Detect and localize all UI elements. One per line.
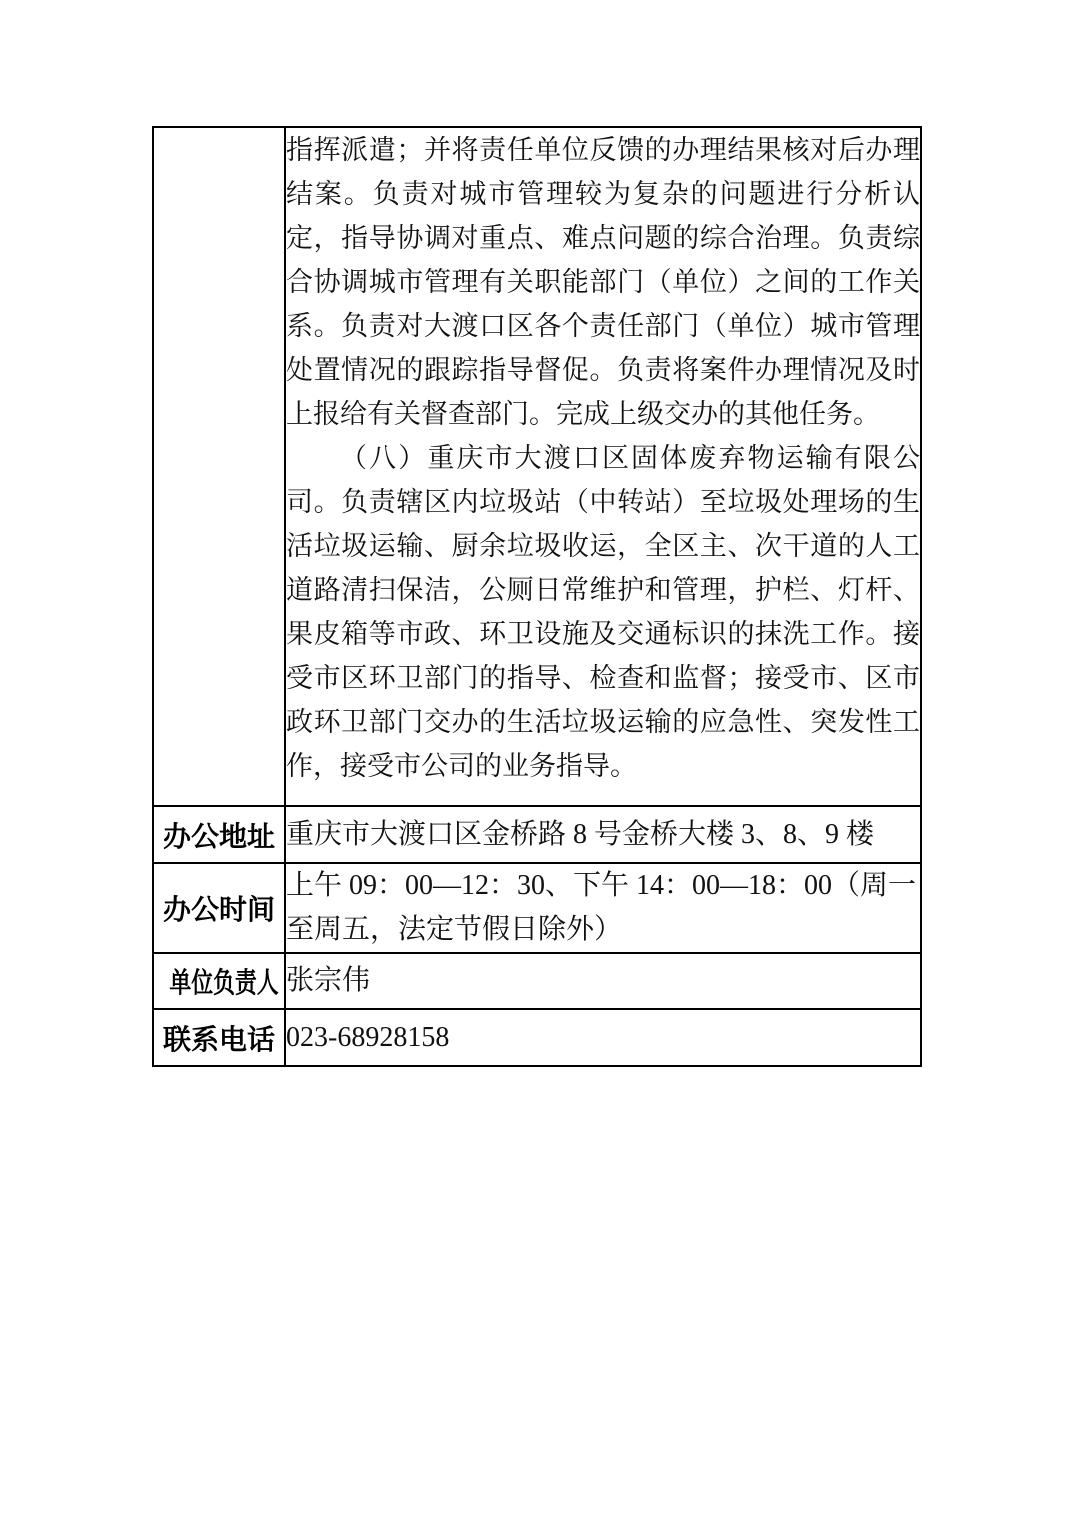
duties-paragraph-section-8: （八）重庆市大渡口区固体废弃物运输有限公司。负责辖区内垃圾站（中转站）至垃圾处理…	[286, 436, 920, 788]
office-address-value: 重庆市大渡口区金桥路 8 号金桥大楼 3、8、9 楼	[285, 806, 921, 863]
contact-phone-value: 023-68928158	[285, 1009, 921, 1066]
duties-paragraph-continuation: 指挥派遣；并将责任单位反馈的办理结果核对后办理结案。负责对城市管理较为复杂的问题…	[286, 128, 920, 436]
table-row-office-hours: 办公时间 上午 09：00—12：30、下午 14：00—18：00（周一至周五…	[153, 863, 921, 953]
office-hours-value: 上午 09：00—12：30、下午 14：00—18：00（周一至周五，法定节假…	[285, 863, 921, 953]
contact-phone-label: 联系电话	[153, 1009, 285, 1066]
office-hours-label: 办公时间	[153, 863, 285, 953]
main-row-empty-label-cell	[153, 127, 285, 806]
table-row-contact-phone: 联系电话 023-68928158	[153, 1009, 921, 1066]
table-row-office-address: 办公地址 重庆市大渡口区金桥路 8 号金桥大楼 3、8、9 楼	[153, 806, 921, 863]
office-hours-label-text: 办公时间	[163, 894, 275, 925]
main-text-cell: 指挥派遣；并将责任单位反馈的办理结果核对后办理结案。负责对城市管理较为复杂的问题…	[285, 127, 921, 806]
table-row-main-text: 指挥派遣；并将责任单位反馈的办理结果核对后办理结案。负责对城市管理较为复杂的问题…	[153, 127, 921, 806]
info-table: 指挥派遣；并将责任单位反馈的办理结果核对后办理结案。负责对城市管理较为复杂的问题…	[152, 126, 922, 1067]
document-page: 指挥派遣；并将责任单位反馈的办理结果核对后办理结案。负责对城市管理较为复杂的问题…	[0, 0, 1074, 1520]
responsible-person-value: 张宗伟	[285, 953, 921, 1009]
office-address-label: 办公地址	[153, 806, 285, 863]
responsible-person-label: 单位负责人	[153, 953, 285, 1009]
table-row-responsible-person: 单位负责人 张宗伟	[153, 953, 921, 1009]
contact-phone-label-text: 联系电话	[163, 1024, 275, 1055]
office-address-label-text: 办公地址	[163, 821, 275, 852]
responsible-person-label-text: 单位负责人	[169, 961, 278, 1001]
